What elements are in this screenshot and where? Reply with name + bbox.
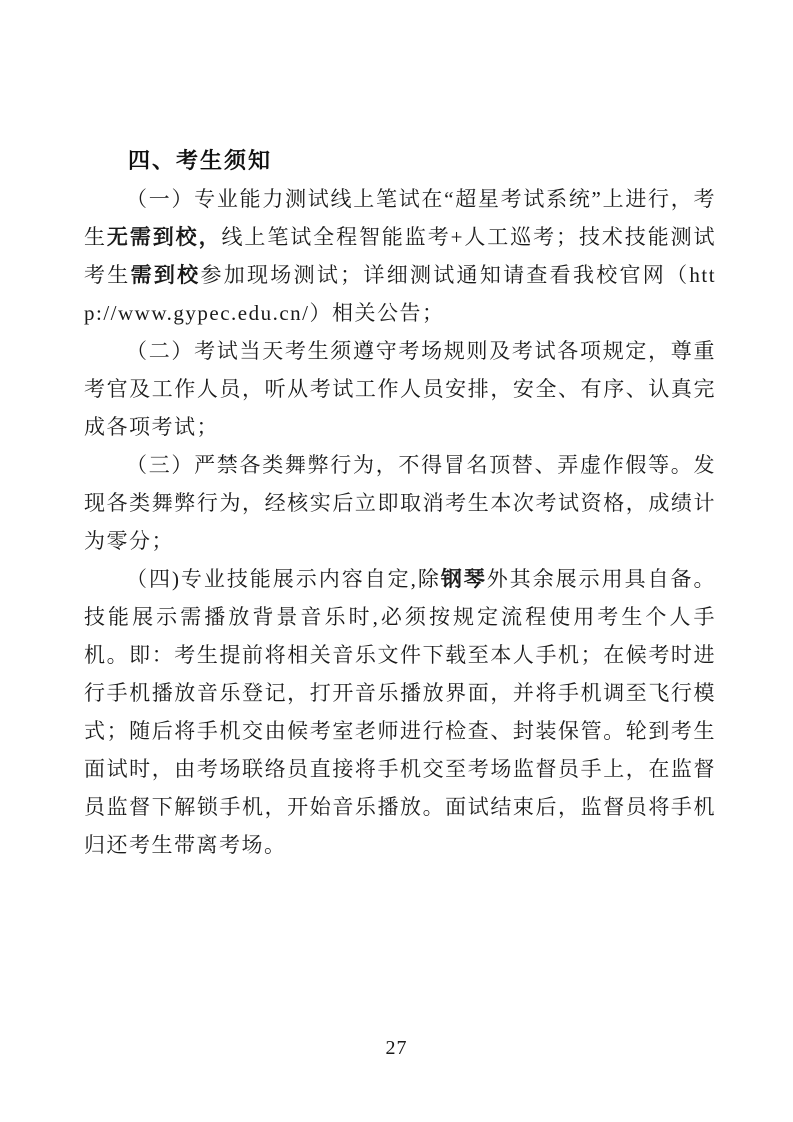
body-text: （三）严禁各类舞弊行为，不得冒名顶替、弄虚作假等。发现各类舞弊行为，经核实后立即… — [84, 453, 716, 553]
paragraph: （三）严禁各类舞弊行为，不得冒名顶替、弄虚作假等。发现各类舞弊行为，经核实后立即… — [84, 446, 716, 560]
body-text: 外其余展示用具自备。技能展示需播放背景音乐时,必须按规定流程使用考生个人手机。即… — [84, 567, 716, 857]
paragraph: （四)专业技能展示内容自定,除钢琴外其余展示用具自备。技能展示需播放背景音乐时,… — [84, 560, 716, 864]
emphasis-text: 需到校 — [131, 263, 201, 287]
document-page: 四、考生须知 （一）专业能力测试线上笔试在“超星考试系统”上进行，考生无需到校，… — [0, 0, 793, 1122]
emphasis-text: 无需到校， — [107, 225, 222, 249]
page-number: 27 — [0, 1034, 793, 1062]
body-text: （四)专业技能展示内容自定,除 — [126, 567, 441, 591]
paragraph-container: （一）专业能力测试线上笔试在“超星考试系统”上进行，考生无需到校，线上笔试全程智… — [84, 180, 716, 864]
emphasis-text: 钢琴 — [441, 567, 487, 591]
notice-section: 四、考生须知 （一）专业能力测试线上笔试在“超星考试系统”上进行，考生无需到校，… — [84, 142, 716, 864]
paragraph: （一）专业能力测试线上笔试在“超星考试系统”上进行，考生无需到校，线上笔试全程智… — [84, 180, 716, 332]
body-text: （二）考试当天考生须遵守考场规则及考试各项规定，尊重考官及工作人员，听从考试工作… — [84, 339, 716, 439]
section-heading: 四、考生须知 — [84, 142, 716, 180]
paragraph: （二）考试当天考生须遵守考场规则及考试各项规定，尊重考官及工作人员，听从考试工作… — [84, 332, 716, 446]
